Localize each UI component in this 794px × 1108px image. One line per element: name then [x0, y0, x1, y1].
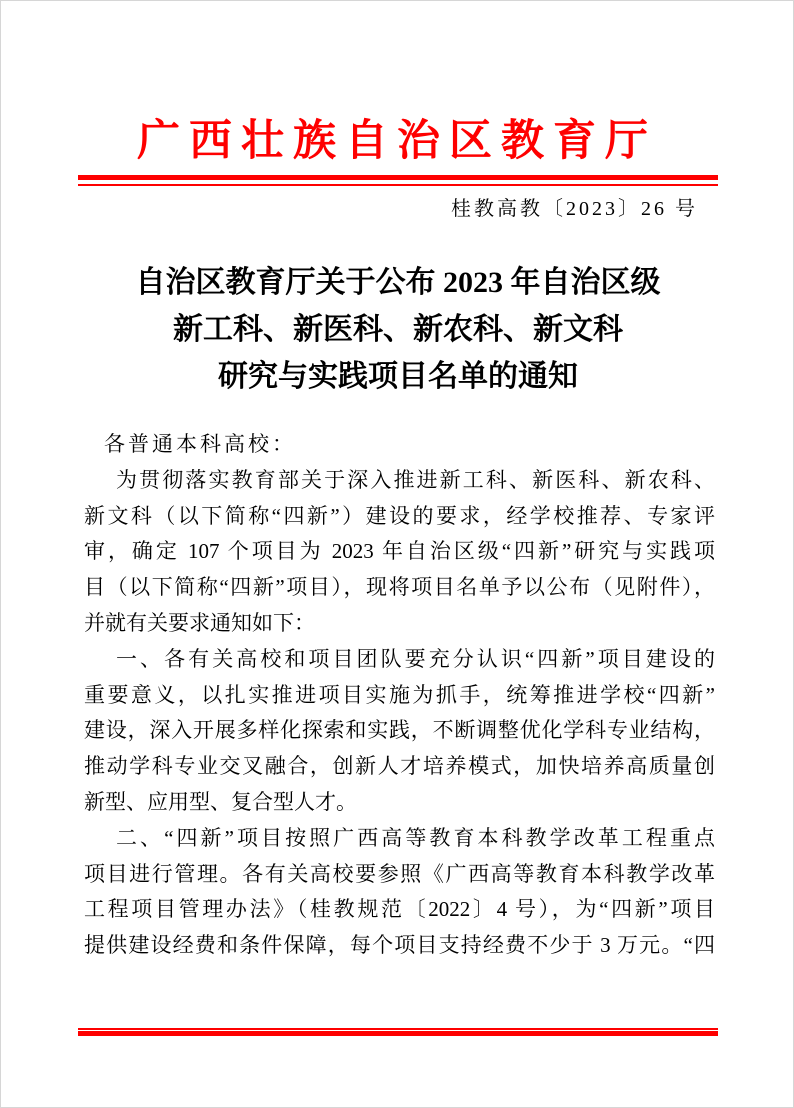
salutation: 各普通本科高校：	[84, 427, 715, 463]
body-text-line: 项目进行管理。各有关高校要参照《广西高等教育本科教学改革	[84, 857, 715, 893]
agency-name: 广西壮族自治区教育厅	[1, 107, 793, 168]
body-text-line: 并就有关要求通知如下：	[84, 606, 715, 642]
body-text-line: 二、“四新”项目按照广西高等教育本科教学改革工程重点	[84, 821, 715, 857]
body-text-line: 新文科（以下简称“四新”）建设的要求，经学校推荐、专家评	[84, 499, 715, 535]
footer-rule-thick-line	[78, 1031, 718, 1036]
notice-title-line: 研究与实践项目名单的通知	[78, 353, 718, 400]
document-number: 桂教高教〔2023〕26 号	[78, 195, 718, 223]
document-page: 广西壮族自治区教育厅 桂教高教〔2023〕26 号 自治区教育厅关于公布 202…	[0, 0, 794, 1108]
body-text-line: 一、各有关高校和项目团队要充分认识“四新”项目建设的	[84, 642, 715, 678]
body-text-line: 目（以下简称“四新”项目），现将项目名单予以公布（见附件），	[84, 570, 715, 606]
body-text-line: 为贯彻落实教育部关于深入推进新工科、新医科、新农科、	[84, 463, 715, 499]
body-text-line: 建设，深入开展多样化探索和实践，不断调整优化学科专业结构，	[84, 713, 715, 749]
notice-title: 自治区教育厅关于公布 2023 年自治区级新工科、新医科、新农科、新文科研究与实…	[78, 259, 718, 400]
footer-red-rule	[78, 1028, 718, 1036]
header-red-rule	[78, 175, 718, 186]
notice-title-line: 新工科、新医科、新农科、新文科	[78, 306, 718, 353]
body-text-line: 重要意义，以扎实推进项目实施为抓手，统筹推进学校“四新”	[84, 678, 715, 714]
body-text-line: 审，确定 107 个项目为 2023 年自治区级“四新”研究与实践项	[84, 534, 715, 570]
header-rule-thin-line	[78, 184, 718, 186]
body-text-line: 提供建设经费和条件保障，每个项目支持经费不少于 3 万元。“四	[84, 928, 715, 964]
body-text-line: 推动学科专业交叉融合，创新人才培养模式，加快培养高质量创	[84, 749, 715, 785]
body-text-line: 工程项目管理办法》（桂教规范〔2022〕4 号），为“四新”项目	[84, 892, 715, 928]
body-text-line: 新型、应用型、复合型人才。	[84, 785, 715, 821]
notice-title-line: 自治区教育厅关于公布 2023 年自治区级	[78, 259, 718, 306]
document-body: 各普通本科高校： 为贯彻落实教育部关于深入推进新工科、新医科、新农科、新文科（以…	[84, 427, 715, 964]
